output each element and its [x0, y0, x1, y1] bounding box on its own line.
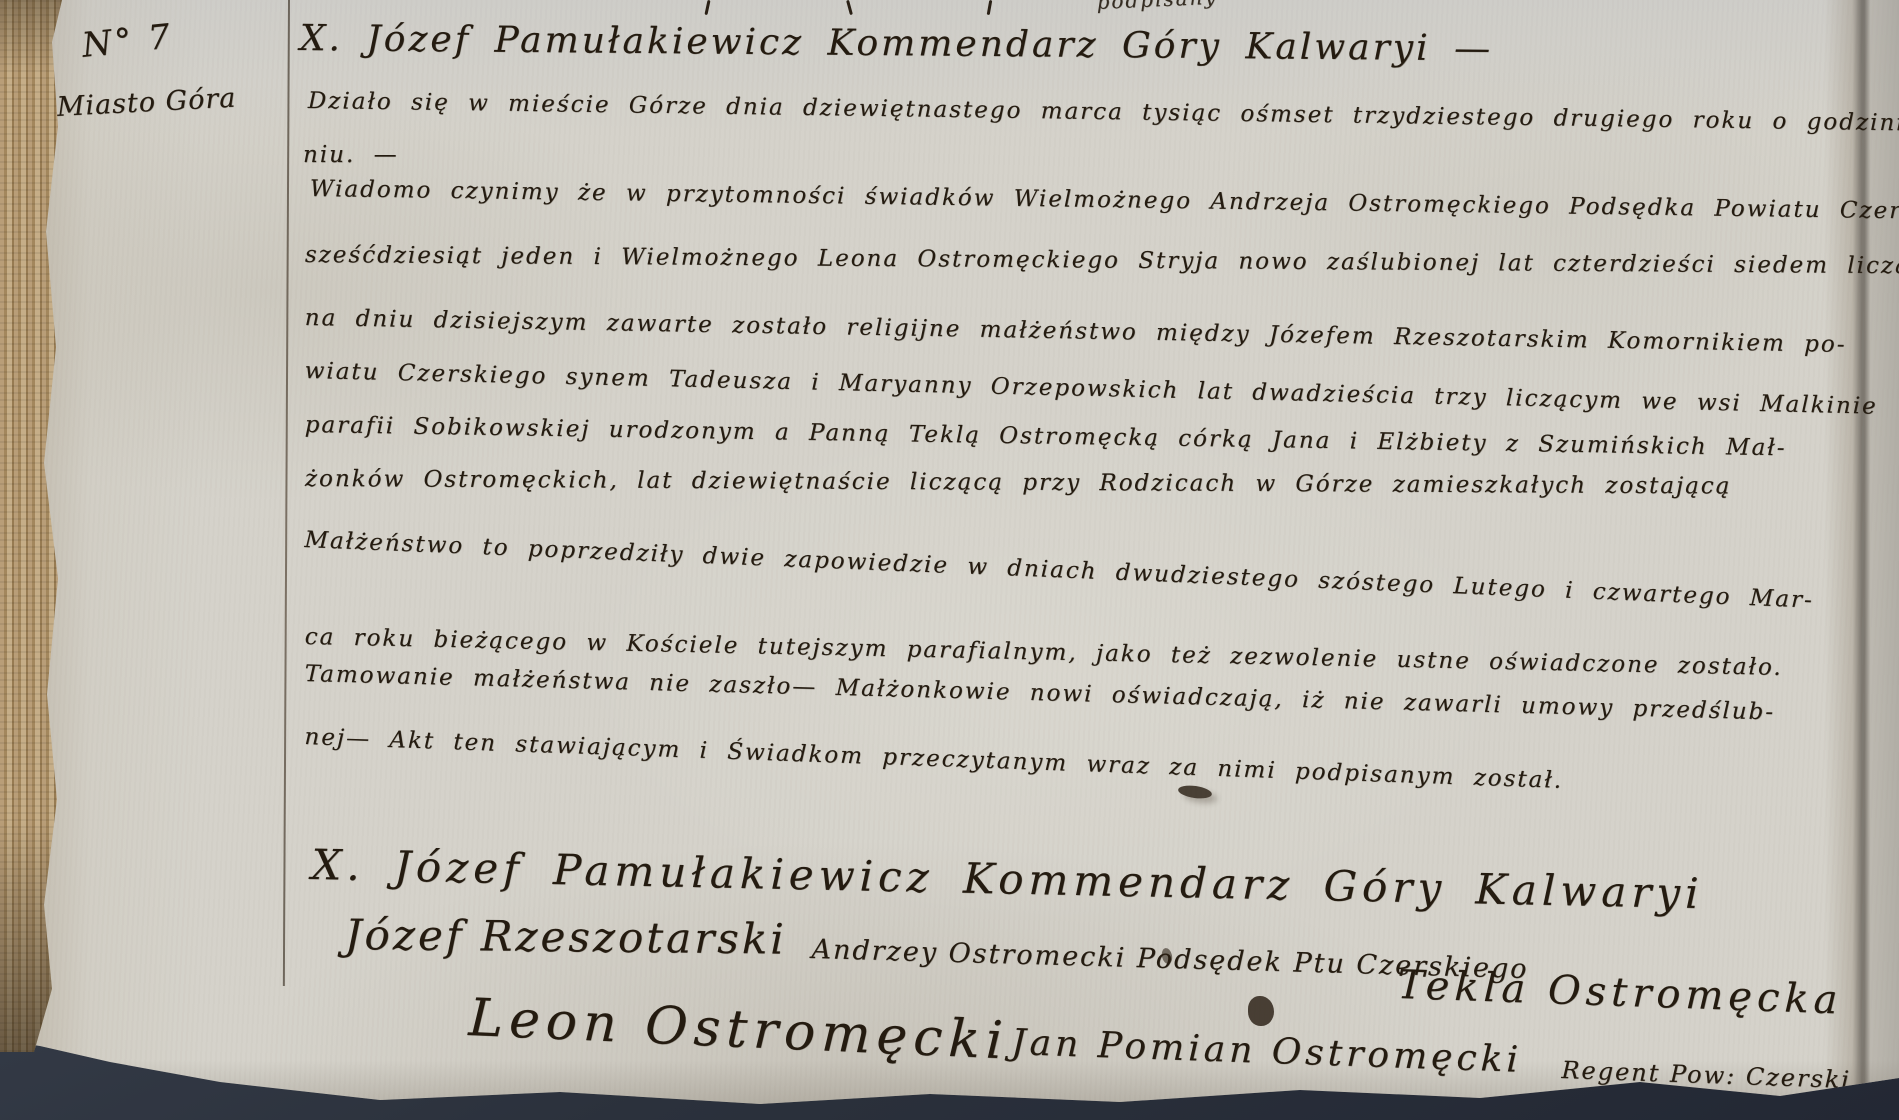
body-line: na dniu dzisiejszym zawarte zostało reli… [305, 305, 1847, 358]
margin-rule-line [283, 0, 290, 986]
officiant-header-line: X. Józef Pamułakiewicz Kommendarz Góry K… [300, 18, 1494, 69]
body-line: nej— Akt ten stawiającym i Świadkom prze… [304, 724, 1563, 794]
body-line: Wiadomo czynimy że w przytomności świadk… [310, 176, 1899, 226]
intro-line: Działo się w mieście Górze dnia dziewięt… [308, 88, 1899, 140]
intro-line: niu. — [303, 142, 399, 168]
cut-off-stroke [846, 0, 853, 15]
register-page-scan: podpisany — N° 7 Miasto Góra X. Józef Pa… [0, 0, 1899, 1120]
ink-blot [1177, 784, 1212, 801]
ink-blot [1248, 996, 1274, 1026]
body-line: żonków Ostromęckich, lat dziewiętnaście … [305, 466, 1732, 499]
body-line: sześćdziesiąt jeden i Wielmożnego Leona … [305, 242, 1899, 280]
body-line: parafii Sobikowskiej urodzonym a Panną T… [305, 412, 1787, 461]
signature-bride-tekla: Tekla Ostromęcka [1396, 962, 1843, 1024]
cut-off-stroke [987, 0, 993, 15]
cut-off-stroke [704, 0, 710, 15]
signature-groom: Józef Rzeszotarski [344, 910, 787, 964]
previous-record-fragment: podpisany — [1096, 0, 1248, 14]
right-page-edge [1824, 0, 1899, 1120]
body-line: wiatu Czerskiego synem Tadeusza i Maryan… [304, 358, 1878, 420]
signature-officiant: X. Józef Pamułakiewicz Kommendarz Góry K… [311, 840, 1704, 918]
body-line: Małżeństwo to poprzedziły dwie zapowiedz… [304, 527, 1814, 614]
signature-witness-leon: Leon Ostromęcki [467, 988, 1009, 1072]
page-paper: podpisany — N° 7 Miasto Góra X. Józef Pa… [0, 0, 1899, 1120]
